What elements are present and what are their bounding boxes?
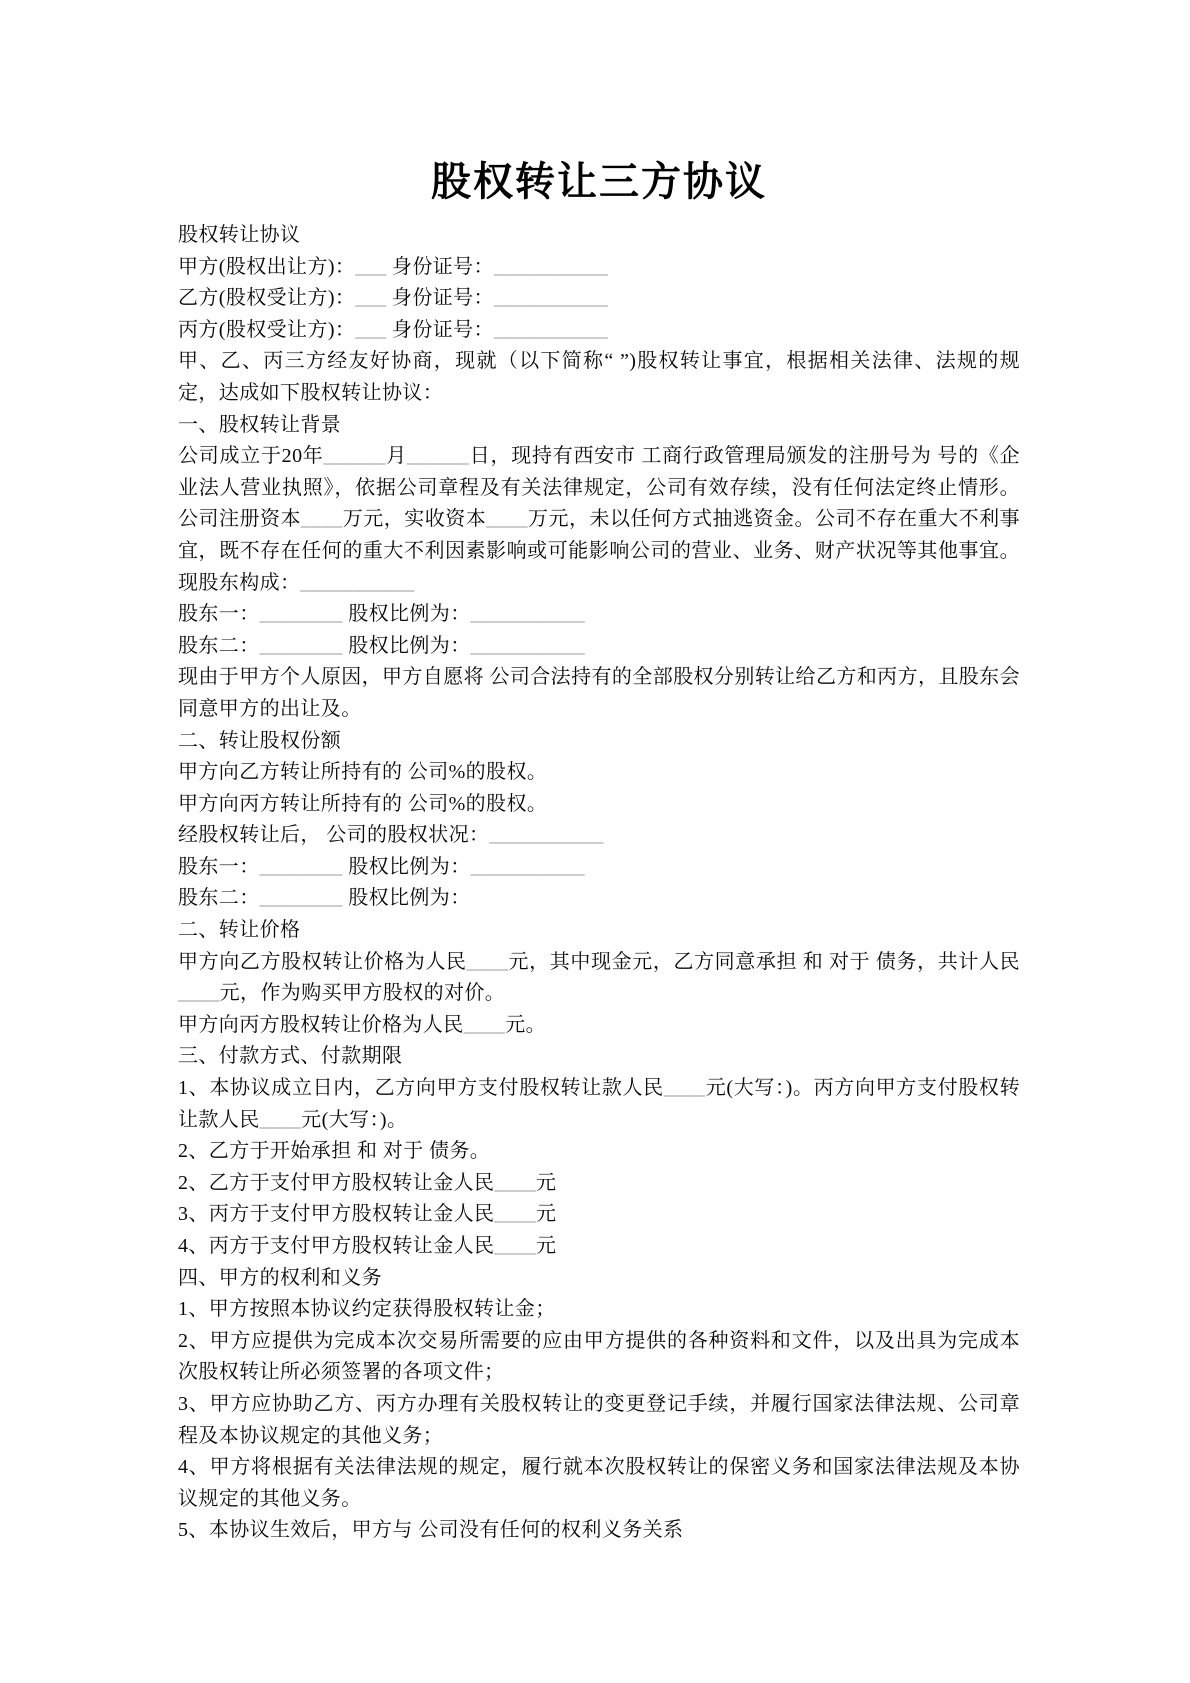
blank-underline: ___________: [494, 256, 608, 278]
blank-underline: ___________: [494, 287, 608, 309]
party-a-obligation-1: 1、甲方按照本协议约定获得股权转让金；: [178, 1294, 1020, 1326]
blank-underline: ___________: [489, 824, 603, 846]
section-2-heading: 二、转让股权份额: [178, 726, 1020, 758]
party-a-obligation-3: 3、甲方应协助乙方、丙方办理有关股权转让的变更登记手续，并履行国家法律法规、公司…: [178, 1389, 1020, 1452]
section-price-heading: 二、转让价格: [178, 915, 1020, 947]
party-c-line: 丙方(股权受让方)：___ 身份证号：___________: [178, 315, 1020, 347]
blank-underline: ________: [260, 887, 343, 909]
blank-underline: ________: [260, 856, 343, 878]
blank-underline: ____: [486, 508, 528, 530]
payment-term-3: 3、丙方于支付甲方股权转让金人民____元: [178, 1199, 1020, 1231]
blank-underline: ______: [324, 445, 386, 467]
blank-underline: ____: [464, 1014, 506, 1036]
shareholder-1-line: 股东一：________ 股权比例为：___________: [178, 599, 1020, 631]
blank-underline: ____: [260, 1109, 302, 1131]
transfer-to-c: 甲方向丙方转让所持有的 公司%的股权。: [178, 789, 1020, 821]
party-a-line: 甲方(股权出让方)：___ 身份证号：___________: [178, 252, 1020, 284]
section-1-heading: 一、股权转让背景: [178, 410, 1020, 442]
price-to-c: 甲方向丙方股权转让价格为人民____元。: [178, 1010, 1020, 1042]
blank-underline: ________: [260, 603, 343, 625]
blank-underline: ___: [355, 256, 386, 278]
blank-underline: ___________: [471, 856, 585, 878]
blank-underline: ____: [178, 982, 220, 1004]
blank-underline: ___: [355, 287, 386, 309]
blank-underline: ___________: [471, 635, 585, 657]
preamble: 甲、乙、丙三方经友好协商，现就（以下简称“ ”)股权转让事宜，根据相关法律、法规…: [178, 346, 1020, 409]
company-background: 公司成立于20年______月______日，现持有西安市 工商行政管理局颁发的…: [178, 441, 1020, 599]
section-3-heading: 三、付款方式、付款期限: [178, 1041, 1020, 1073]
payment-term-4: 4、丙方于支付甲方股权转让金人民____元: [178, 1231, 1020, 1263]
blank-underline: ___________: [494, 319, 608, 341]
blank-underline: ____: [494, 1235, 536, 1257]
payment-term-1: 1、本协议成立日内，乙方向甲方支付股权转让款人民____元(大写：)。丙方向甲方…: [178, 1073, 1020, 1136]
party-a-obligation-2: 2、甲方应提供为完成本次交易所需要的应由甲方提供的各种资料和文件，以及出具为完成…: [178, 1326, 1020, 1389]
payment-term-2b: 2、乙方于支付甲方股权转让金人民____元: [178, 1168, 1020, 1200]
post-shareholder-1-line: 股东一：________ 股权比例为：___________: [178, 852, 1020, 884]
party-a-obligation-5: 5、本协议生效后，甲方与 公司没有任何的权利义务关系: [178, 1515, 1020, 1547]
price-to-b: 甲方向乙方股权转让价格为人民____元，其中现金元，乙方同意承担 和 对于 债务…: [178, 947, 1020, 1010]
party-a-obligation-4: 4、甲方将根据有关法律法规的规定，履行就本次股权转让的保密义务和国家法律法规及本…: [178, 1452, 1020, 1515]
blank-underline: ____: [467, 951, 509, 973]
post-shareholder-2-line: 股东二：________ 股权比例为：: [178, 883, 1020, 915]
blank-underline: ____: [301, 508, 343, 530]
document-title: 股权转让三方协议: [178, 156, 1020, 208]
blank-underline: ___________: [300, 572, 414, 594]
blank-underline: ____: [494, 1172, 536, 1194]
doc-subtitle: 股权转让协议: [178, 220, 1020, 252]
payment-term-2: 2、乙方于开始承担 和 对于 债务。: [178, 1136, 1020, 1168]
section-4-heading: 四、甲方的权利和义务: [178, 1263, 1020, 1295]
blank-underline: ___________: [471, 603, 585, 625]
shareholder-2-line: 股东二：________ 股权比例为：___________: [178, 631, 1020, 663]
transfer-to-b: 甲方向乙方转让所持有的 公司%的股权。: [178, 757, 1020, 789]
blank-underline: ___: [355, 319, 386, 341]
blank-underline: ____: [494, 1203, 536, 1225]
document-body: 股权转让协议甲方(股权出让方)：___ 身份证号：___________乙方(股…: [178, 220, 1020, 1547]
post-transfer-status: 经股权转让后， 公司的股权状况：___________: [178, 820, 1020, 852]
party-b-line: 乙方(股权受让方)：___ 身份证号：___________: [178, 283, 1020, 315]
blank-underline: ____: [664, 1077, 706, 1099]
blank-underline: ________: [260, 635, 343, 657]
transfer-reason: 现由于甲方个人原因，甲方自愿将 公司合法持有的全部股权分别转让给乙方和丙方，且股…: [178, 662, 1020, 725]
blank-underline: ______: [407, 445, 469, 467]
document-page: 股权转让三方协议 股权转让协议甲方(股权出让方)：___ 身份证号：______…: [0, 0, 1190, 1683]
